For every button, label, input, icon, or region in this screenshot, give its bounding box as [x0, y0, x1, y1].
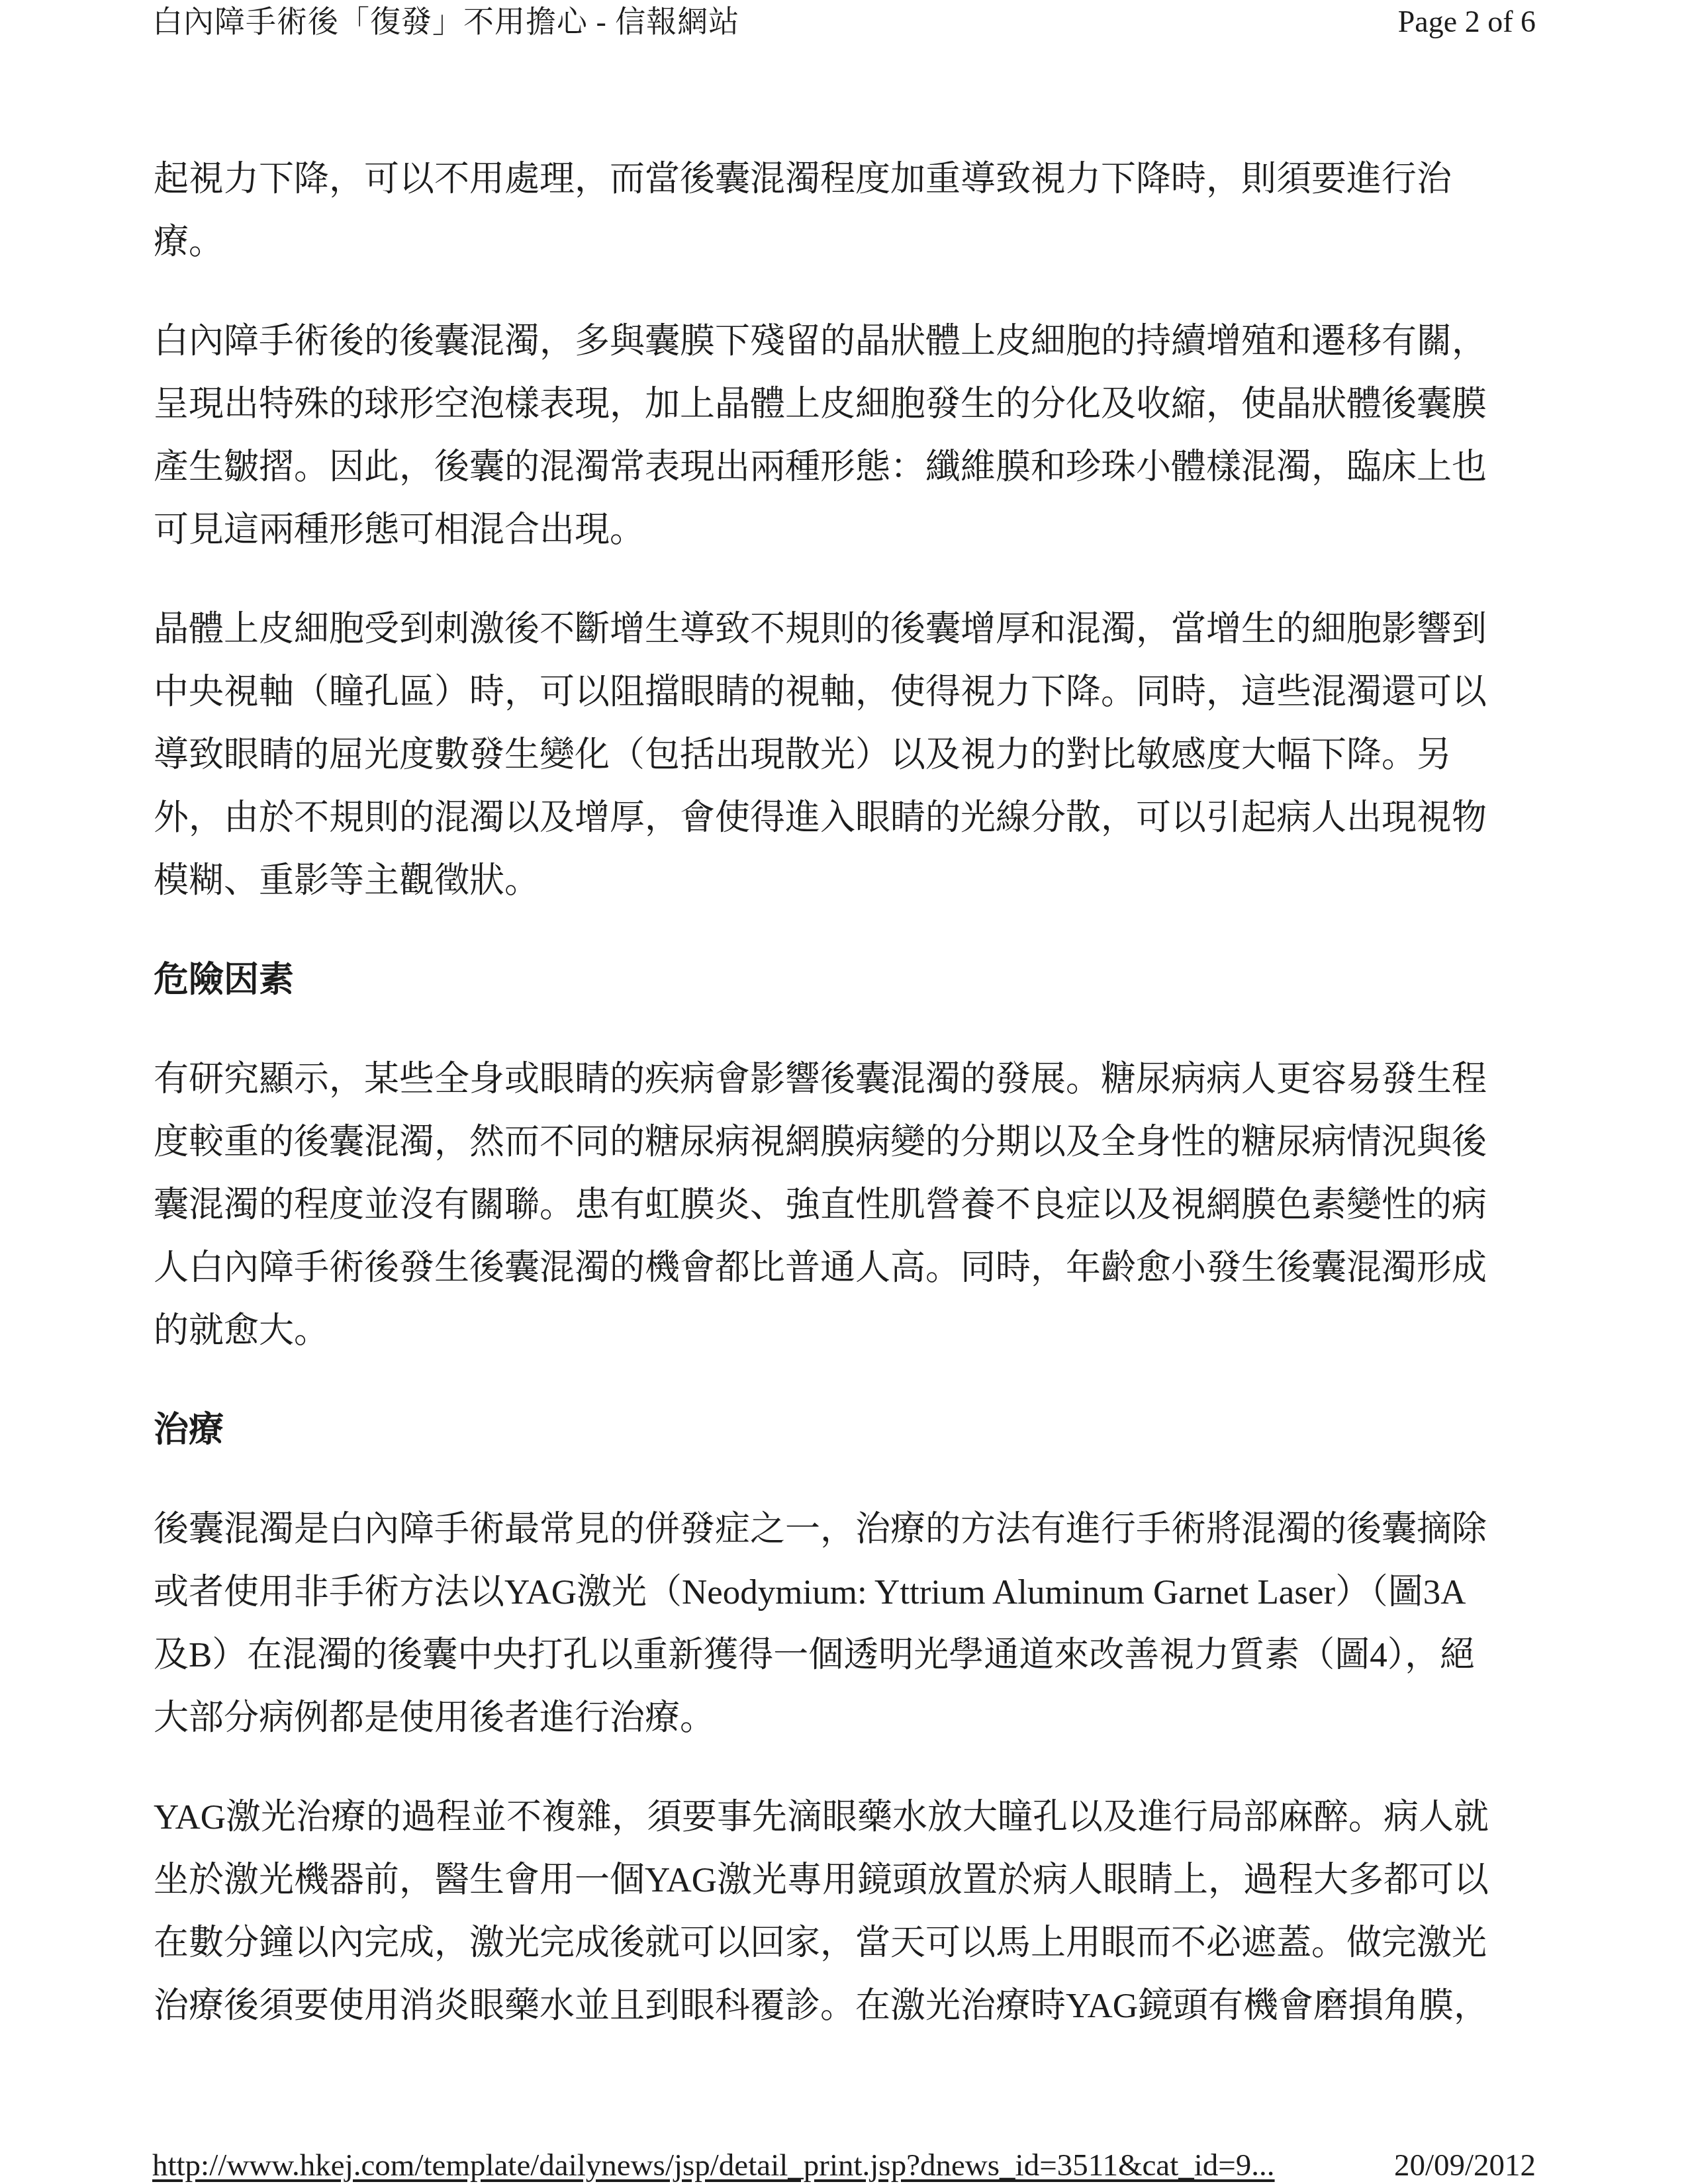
- paragraph: 晶體上皮細胞受到刺激後不斷增生導致不規則的後囊增厚和混濁，當增生的細胞影響到中央…: [154, 598, 1501, 913]
- article-body: 起視力下降，可以不用處理，而當後囊混濁程度加重導致視力下降時，則須要進行治療。白…: [154, 148, 1501, 2074]
- paragraph: 白內障手術後的後囊混濁，多與囊膜下殘留的晶狀體上皮細胞的持續增殖和遷移有關，呈現…: [154, 310, 1501, 562]
- paragraph: YAG激光治療的過程並不複雜，須要事先滴眼藥水放大瞳孔以及進行局部麻醉。病人就坐…: [154, 1786, 1501, 2038]
- paragraph: 起視力下降，可以不用處理，而當後囊混濁程度加重導致視力下降時，則須要進行治療。: [154, 148, 1501, 274]
- printed-page: 白內障手術後「復發」不用擔心 - 信報網站 Page 2 of 6 起視力下降，…: [0, 0, 1688, 2184]
- source-url: http://www.hkej.com/template/dailynews/j…: [152, 2147, 1275, 2184]
- paragraph: 有研究顯示，某些全身或眼睛的疾病會影響後囊混濁的發展。糖尿病病人更容易發生程度較…: [154, 1048, 1501, 1363]
- document-title: 白內障手術後「復發」不用擔心 - 信報網站: [152, 3, 739, 41]
- section-heading: 危險因素: [154, 949, 1501, 1012]
- section-heading: 治療: [154, 1399, 1501, 1462]
- paragraph: 後囊混濁是白內障手術最常見的併發症之一，治療的方法有進行手術將混濁的後囊摘除或者…: [154, 1498, 1501, 1750]
- print-date: 20/09/2012: [1394, 2147, 1536, 2184]
- page-number: Page 2 of 6: [1398, 3, 1536, 41]
- page-footer: http://www.hkej.com/template/dailynews/j…: [152, 2147, 1536, 2184]
- page-header: 白內障手術後「復發」不用擔心 - 信報網站 Page 2 of 6: [152, 3, 1536, 41]
